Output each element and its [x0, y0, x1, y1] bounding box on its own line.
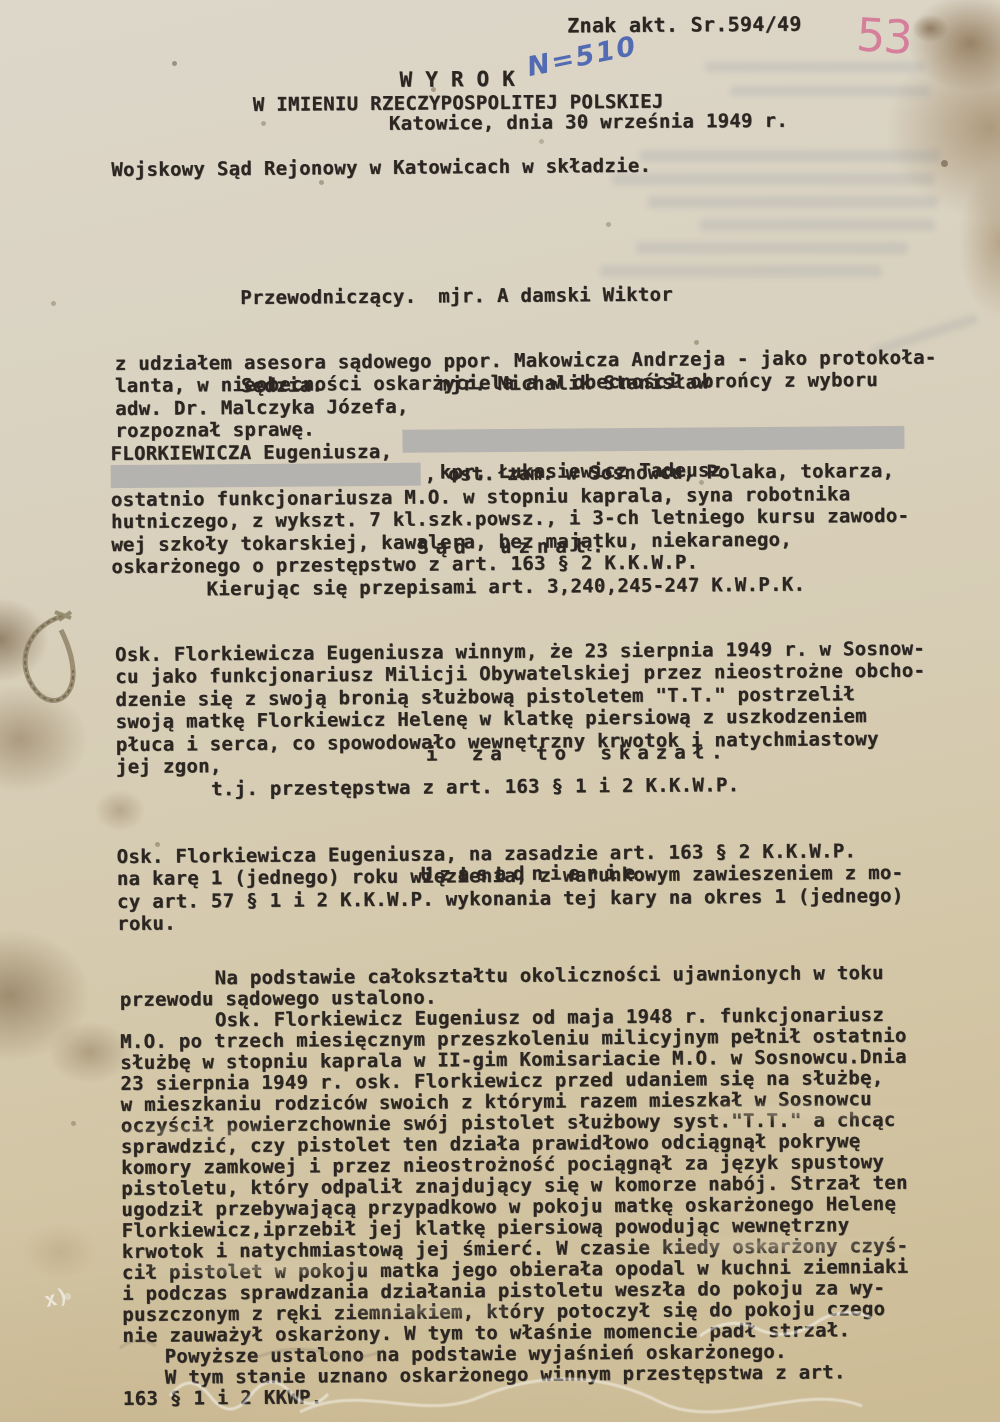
heading-uzasadnienie: Uzasadnienie. [421, 862, 661, 886]
paper-speckles [0, 0, 3, 3]
verdict-paragraph: Osk. Florkiewicza Eugeniusza winnym, że … [115, 570, 927, 801]
verdict-title: WYROK [400, 67, 528, 92]
typewritten-content: Znak akt. Sr.594/49 53 N=510 WYROK W IMI… [0, 0, 1000, 1422]
file-reference-number: Znak akt. Sr.594/49 [567, 12, 802, 38]
dateline: Katowice, dnia 30 września 1949 r. [389, 110, 788, 135]
handwritten-ink-note: N=510 [524, 31, 640, 84]
defendant-paragraph: FLORKIEWICZA Eugeniusza,, ost. zam. w So… [110, 363, 910, 601]
heading-sad-uznal: Sąd uznał. [417, 535, 611, 559]
heading-i-za-to-skazal: i za to skazał. [426, 741, 730, 765]
bleedthrough-handwriting [0, 1300, 1000, 1422]
corner-page-number-stamp: 53 [855, 7, 913, 64]
scanned-court-document: Znak akt. Sr.594/49 53 N=510 WYROK W IMI… [0, 0, 1000, 1422]
court-name-line: Wojskowy Sąd Rejonowy w Katowicach w skł… [111, 155, 651, 181]
